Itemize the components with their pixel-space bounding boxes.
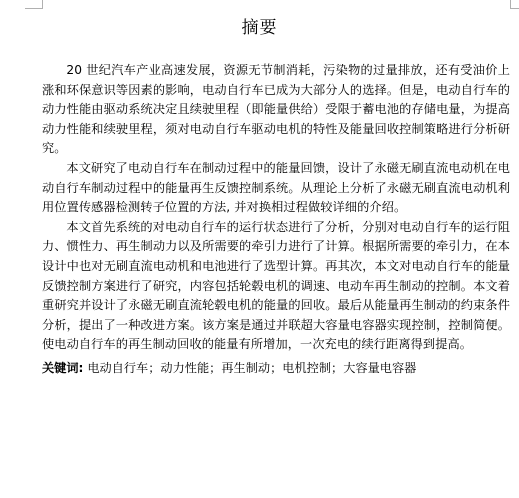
keywords-text: 电动自行车；动力性能；再生制动；电机控制；大容量电容器: [87, 361, 416, 375]
abstract-paragraph-3: 本文首先系统的对电动自行车的运行状态进行了分析，分别对电动自行车的运行阻力、惯性…: [42, 218, 510, 355]
abstract-paragraph-2: 本文研究了电动自行车在制动过程中的能量回馈，设计了永磁无刷直流电动机在电动自行车…: [42, 159, 510, 218]
keywords-label: 关键词:: [42, 361, 83, 375]
page-corner-mark-right: [510, 0, 519, 9]
abstract-paragraph-1: 20 世纪汽车产业高速发展，资源无节制消耗，污染物的过量排放，还有受油价上涨和环…: [42, 61, 510, 159]
abstract-body: 20 世纪汽车产业高速发展，资源无节制消耗，污染物的过量排放，还有受油价上涨和环…: [42, 61, 510, 355]
abstract-title: 摘要: [0, 13, 519, 38]
page-corner-mark-left: [25, 0, 43, 9]
keywords-line: 关键词: 电动自行车；动力性能；再生制动；电机控制；大容量电容器: [42, 359, 416, 378]
